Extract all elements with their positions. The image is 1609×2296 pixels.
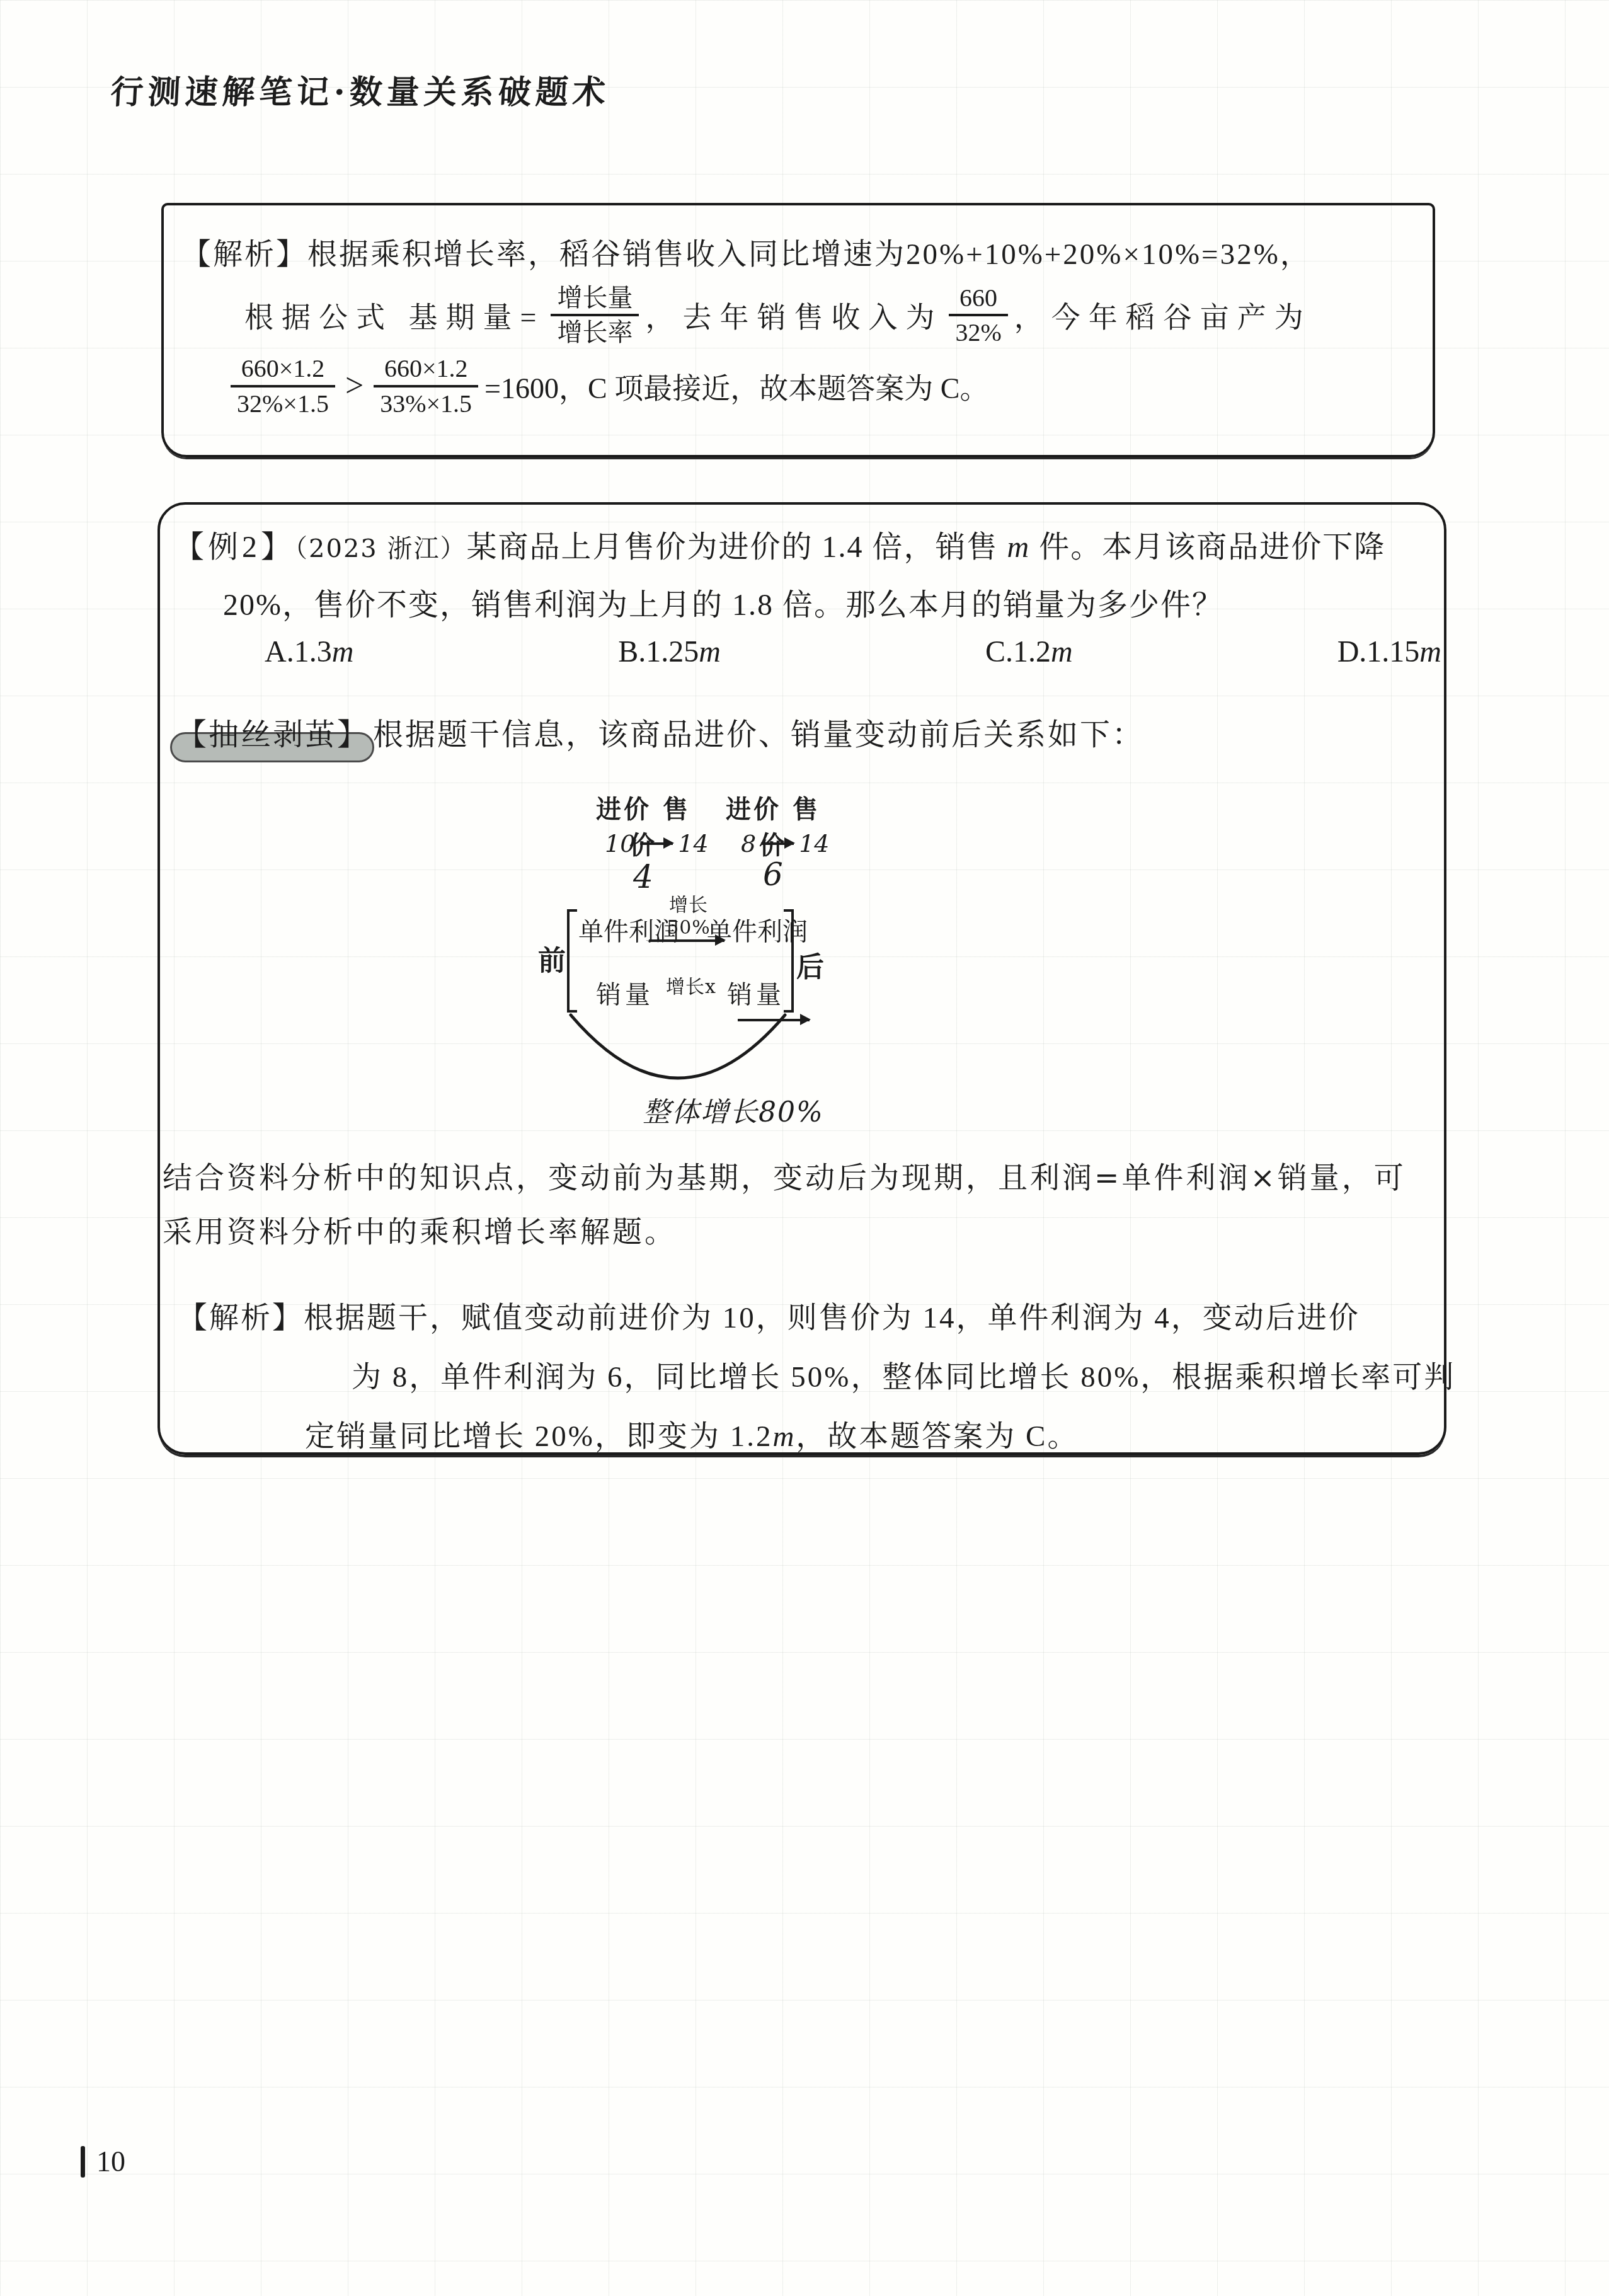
page-footer: 10 xyxy=(81,2145,125,2178)
example2-stem-line1: 【例2】（2023 浙江）某商品上月售价为进价的 1.4 倍，销售 m 件。本月… xyxy=(174,522,1385,566)
option-c: C.1.2m xyxy=(985,634,1073,669)
note-line-2: 采用资料分析中的乘积增长率解题。 xyxy=(163,1205,1406,1260)
arrow-right-icon xyxy=(761,842,794,845)
example2-stem-line2: 20%，售价不变，销售利润为上月的 1.8 倍。那么本月的销量为多少件？ xyxy=(223,580,1223,624)
options-row: A.1.3m B.1.25m C.1.2m D.1.15m xyxy=(265,634,1441,669)
analysis1-line3-suffix: =1600，C 项最接近，故本题答案为 C。 xyxy=(484,365,988,407)
analysis2-line3-text-1: 定销量同比增长 20%，即变为 1.2 xyxy=(305,1420,772,1453)
analysis2-line1: 【解析】根据题干，赋值变动前进价为 10，则售价为 14，单件利润为 4，变动后… xyxy=(178,1289,1455,1348)
example-2-box: 【例2】（2023 浙江）某商品上月售价为进价的 1.4 倍，销售 m 件。本月… xyxy=(157,502,1446,1455)
analysis1-line2-mid: ，去年销售收入为 xyxy=(645,294,942,336)
analysis2-line1-text: 根据题干，赋值变动前进价为 10，则售价为 14，单件利润为 4，变动后进价 xyxy=(304,1302,1360,1335)
analysis2-line3-variable: m xyxy=(772,1420,796,1453)
left-price-change: 10 14 xyxy=(605,830,709,858)
analysis1-label: 【解析】 xyxy=(181,238,307,271)
example2-stem-variable: m xyxy=(1007,531,1031,564)
scanned-textbook-page: 行测速解笔记·数量关系破题术 【解析】根据乘积增长率，稻谷销售收入同比增速为20… xyxy=(0,0,1609,2296)
page-margin-bar xyxy=(81,2146,85,2178)
greater-than-sign: > xyxy=(345,367,364,405)
unravel-intro-text: 根据题干信息，该商品进价、销量变动前后关系如下： xyxy=(373,717,1144,752)
right-unit-profit-value: 6 xyxy=(719,856,827,893)
analysis1-line2: 根据公式 基期量= 增长量 增长率 ，去年销售收入为 660 32% ，今年稻谷… xyxy=(244,283,1433,347)
fraction-left-numerator: 660×1.2 xyxy=(235,353,331,384)
right-bracket xyxy=(784,909,794,1013)
option-a-text: A.1.3 xyxy=(265,635,332,669)
option-a: A.1.3m xyxy=(265,634,353,669)
overall-brace-curve xyxy=(568,1013,787,1082)
analysis1-line1: 【解析】根据乘积增长率，稻谷销售收入同比增速为20%+10%+20%×10%=3… xyxy=(181,231,1433,273)
fraction-growth-numerator: 增长量 xyxy=(551,283,639,314)
overall-growth-label: 整体增长80% xyxy=(633,1089,834,1130)
sales-before: 销量 xyxy=(596,975,654,1011)
analysis1-line2-prefix: 根据公式 基期量= xyxy=(244,294,544,336)
option-d-variable: m xyxy=(1419,635,1441,669)
right-price-to: 14 xyxy=(799,830,829,858)
fraction-right-denominator: 33%×1.5 xyxy=(374,385,478,418)
fraction-growth: 增长量 增长率 xyxy=(551,283,639,347)
note-line-1: 结合资料分析中的知识点，变动前为基期，变动后为现期，且利润=单件利润×销量，可 xyxy=(163,1151,1406,1205)
fraction-right: 660×1.2 33%×1.5 xyxy=(374,353,478,418)
analysis-box-1: 【解析】根据乘积增长率，稻谷销售收入同比增速为20%+10%+20%×10%=3… xyxy=(161,203,1435,457)
page-number: 10 xyxy=(96,2145,125,2178)
option-b-variable: m xyxy=(699,635,721,669)
fraction-base-denominator: 32% xyxy=(949,314,1007,347)
option-b-text: B.1.25 xyxy=(618,635,699,669)
example2-label: 【例2】 xyxy=(174,531,295,564)
page-header-title: 行测速解笔记·数量关系破题术 xyxy=(110,66,611,113)
after-label: 后 xyxy=(796,944,824,985)
note-paragraph: 结合资料分析中的知识点，变动前为基期，变动后为现期，且利润=单件利润×销量，可 … xyxy=(163,1151,1406,1259)
left-price-from: 10 xyxy=(605,830,635,858)
fraction-growth-denominator: 增长率 xyxy=(551,314,639,347)
sales-after: 销量 xyxy=(727,975,785,1011)
example2-source-tag: （2023 浙江） xyxy=(295,534,467,563)
fraction-base-numerator: 660 xyxy=(953,283,1004,314)
analysis2-label: 【解析】 xyxy=(178,1302,304,1335)
fraction-left: 660×1.2 32%×1.5 xyxy=(231,353,335,418)
right-price-change: 8 14 xyxy=(741,830,830,858)
analysis1-line3: 660×1.2 32%×1.5 > 660×1.2 33%×1.5 =1600，… xyxy=(224,353,1433,418)
option-d: D.1.15m xyxy=(1337,634,1441,669)
analysis-2-block: 【解析】根据题干，赋值变动前进价为 10，则售价为 14，单件利润为 4，变动后… xyxy=(178,1289,1455,1466)
left-bracket xyxy=(567,909,577,1013)
option-a-variable: m xyxy=(332,635,354,669)
arrow-right-icon xyxy=(640,842,673,845)
option-c-text: C.1.2 xyxy=(985,635,1051,669)
analysis1-line2-suffix: ，今年稻谷亩产为 xyxy=(1014,294,1312,336)
price-sales-change-diagram: 进价 售价 进价 售价 10 14 8 14 4 6 前 单件利润 增长50% … xyxy=(538,786,834,1139)
unravel-label-highlighted: 【抽丝剥茧】 xyxy=(173,710,373,754)
option-b: B.1.25m xyxy=(618,634,721,669)
analysis2-line3: 定销量同比增长 20%，即变为 1.2m，故本题答案为 C。 xyxy=(305,1407,1455,1466)
before-label: 前 xyxy=(538,938,566,979)
fraction-left-denominator: 32%×1.5 xyxy=(231,385,335,418)
analysis2-line2: 为 8，单件利润为 6，同比增长 50%，整体同比增长 80%，根据乘积增长率可… xyxy=(352,1348,1455,1407)
example2-stem-text-2: 件。本月该商品进价下降 xyxy=(1030,531,1385,564)
option-d-text: D.1.15 xyxy=(1337,635,1420,669)
option-c-variable: m xyxy=(1051,635,1073,669)
sales-growth-label: 增长x xyxy=(650,971,732,999)
analysis1-line1-text: 根据乘积增长率，稻谷销售收入同比增速为20%+10%+20%×10%=32%， xyxy=(307,238,1312,271)
analysis2-line3-text-2: ，故本题答案为 C。 xyxy=(796,1420,1079,1453)
fraction-base: 660 32% xyxy=(949,283,1007,347)
fraction-right-numerator: 660×1.2 xyxy=(378,353,474,384)
example2-stem-text-1: 某商品上月售价为进价的 1.4 倍，销售 xyxy=(467,531,1007,564)
right-price-from: 8 xyxy=(741,830,756,858)
left-price-to: 14 xyxy=(678,830,708,858)
unravel-line: 【抽丝剥茧】根据题干信息，该商品进价、销量变动前后关系如下： xyxy=(173,710,1144,754)
